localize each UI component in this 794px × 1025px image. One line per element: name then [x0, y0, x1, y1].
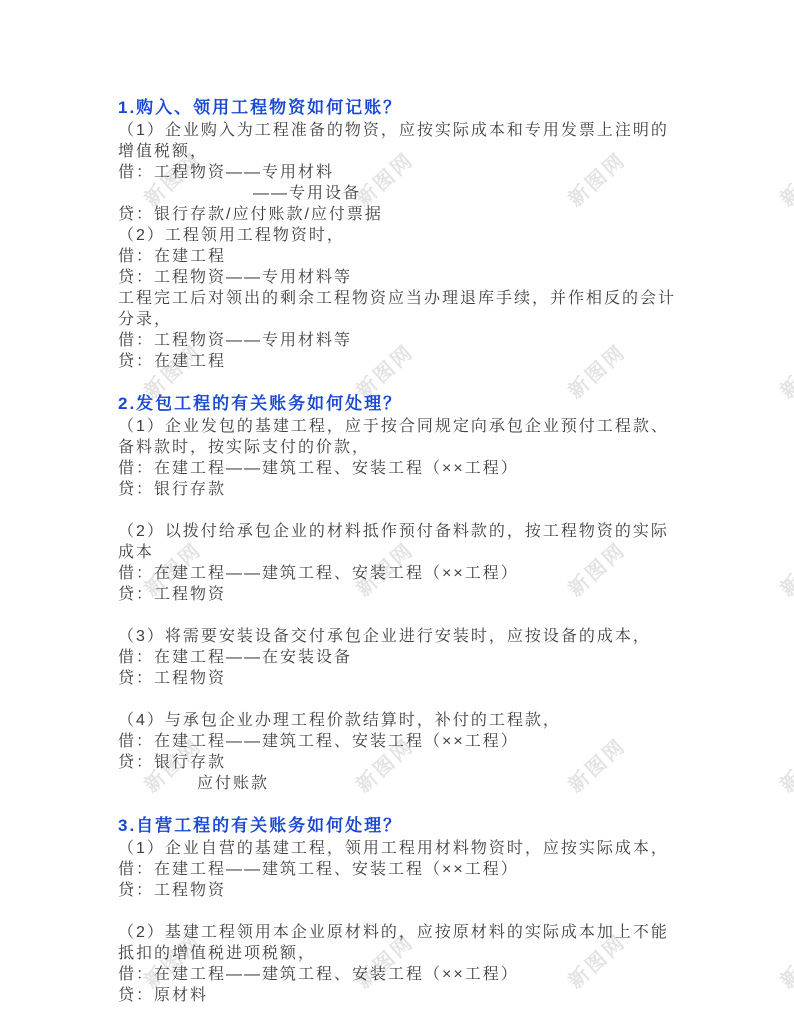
section-3: 3.自营工程的有关账务如何处理？（1）企业自营的基建工程，领用工程用材料物资时，… [118, 815, 718, 1006]
text-line: 贷：在建工程 [118, 351, 718, 372]
text-line: ——专用设备 [118, 183, 718, 204]
text-line: （1）企业自营的基建工程，领用工程用材料物资时，应按实际成本， [118, 838, 718, 859]
text-line: 增值税额， [118, 141, 718, 162]
watermark-text: 新图网 [773, 926, 794, 994]
text-line: 借：在建工程——建筑工程、安装工程（××工程） [118, 731, 718, 752]
text-line: 贷：银行存款 [118, 752, 718, 773]
text-line: 借：在建工程——建筑工程、安装工程（××工程） [118, 563, 718, 584]
text-line: 贷：工程物资 [118, 584, 718, 605]
blank-line [118, 901, 718, 922]
text-line: 应付账款 [118, 773, 718, 794]
text-line: 借：在建工程 [118, 246, 718, 267]
text-line: 贷：工程物资 [118, 880, 718, 901]
text-line: 贷：银行存款/应付账款/应付票据 [118, 204, 718, 225]
text-line: 借：在建工程——建筑工程、安装工程（××工程） [118, 859, 718, 880]
text-line: 贷：原材料 [118, 985, 718, 1006]
text-line: 借：在建工程——建筑工程、安装工程（××工程） [118, 458, 718, 479]
text-line: 贷：工程物资——专用材料等 [118, 267, 718, 288]
watermark-text: 新图网 [773, 730, 794, 798]
blank-line [118, 605, 718, 626]
watermark-text: 新图网 [773, 144, 794, 212]
document-body: 1.购入、领用工程物资如何记账？（1）企业购入为工程准备的物资，应按实际成本和专… [118, 97, 718, 1006]
watermark-text: 新图网 [773, 534, 794, 602]
text-line: （2）基建工程领用本企业原材料的，应按原材料的实际成本加上不能 [118, 922, 718, 943]
text-line: （2）工程领用工程物资时， [118, 225, 718, 246]
text-line: （4）与承包企业办理工程价款结算时，补付的工程款， [118, 710, 718, 731]
section-heading: 2.发包工程的有关账务如何处理？ [118, 393, 718, 414]
text-line: （3）将需要安装设备交付承包企业进行安装时，应按设备的成本， [118, 626, 718, 647]
text-line: （2）以拨付给承包企业的材料抵作预付备料款的，按工程物资的实际 [118, 521, 718, 542]
blank-line [118, 500, 718, 521]
section-heading: 1.购入、领用工程物资如何记账？ [118, 97, 718, 118]
text-line: 贷：工程物资 [118, 668, 718, 689]
text-line: 分录， [118, 309, 718, 330]
watermark-text: 新图网 [773, 336, 794, 404]
text-line: 备料款时，按实际支付的价款， [118, 437, 718, 458]
section-2: 2.发包工程的有关账务如何处理？（1）企业发包的基建工程，应于按合同规定向承包企… [118, 393, 718, 794]
text-line: 贷：银行存款 [118, 479, 718, 500]
text-line: 借：在建工程——在安装设备 [118, 647, 718, 668]
text-line: 成本 [118, 542, 718, 563]
text-line: 借：在建工程——建筑工程、安装工程（××工程） [118, 964, 718, 985]
text-line: 借：工程物资——专用材料 [118, 162, 718, 183]
text-line: 抵扣的增值税进项税额， [118, 943, 718, 964]
text-line: （1）企业发包的基建工程，应于按合同规定向承包企业预付工程款、 [118, 416, 718, 437]
text-line: 借：工程物资——专用材料等 [118, 330, 718, 351]
document-page: 新图网新图网新图网新图网新图网新图网新图网新图网新图网新图网新图网新图网新图网新… [0, 0, 794, 1025]
text-line: （1）企业购入为工程准备的物资，应按实际成本和专用发票上注明的 [118, 120, 718, 141]
blank-line [118, 689, 718, 710]
text-line: 工程完工后对领出的剩余工程物资应当办理退库手续，并作相反的会计 [118, 288, 718, 309]
section-1: 1.购入、领用工程物资如何记账？（1）企业购入为工程准备的物资，应按实际成本和专… [118, 97, 718, 372]
section-heading: 3.自营工程的有关账务如何处理？ [118, 815, 718, 836]
